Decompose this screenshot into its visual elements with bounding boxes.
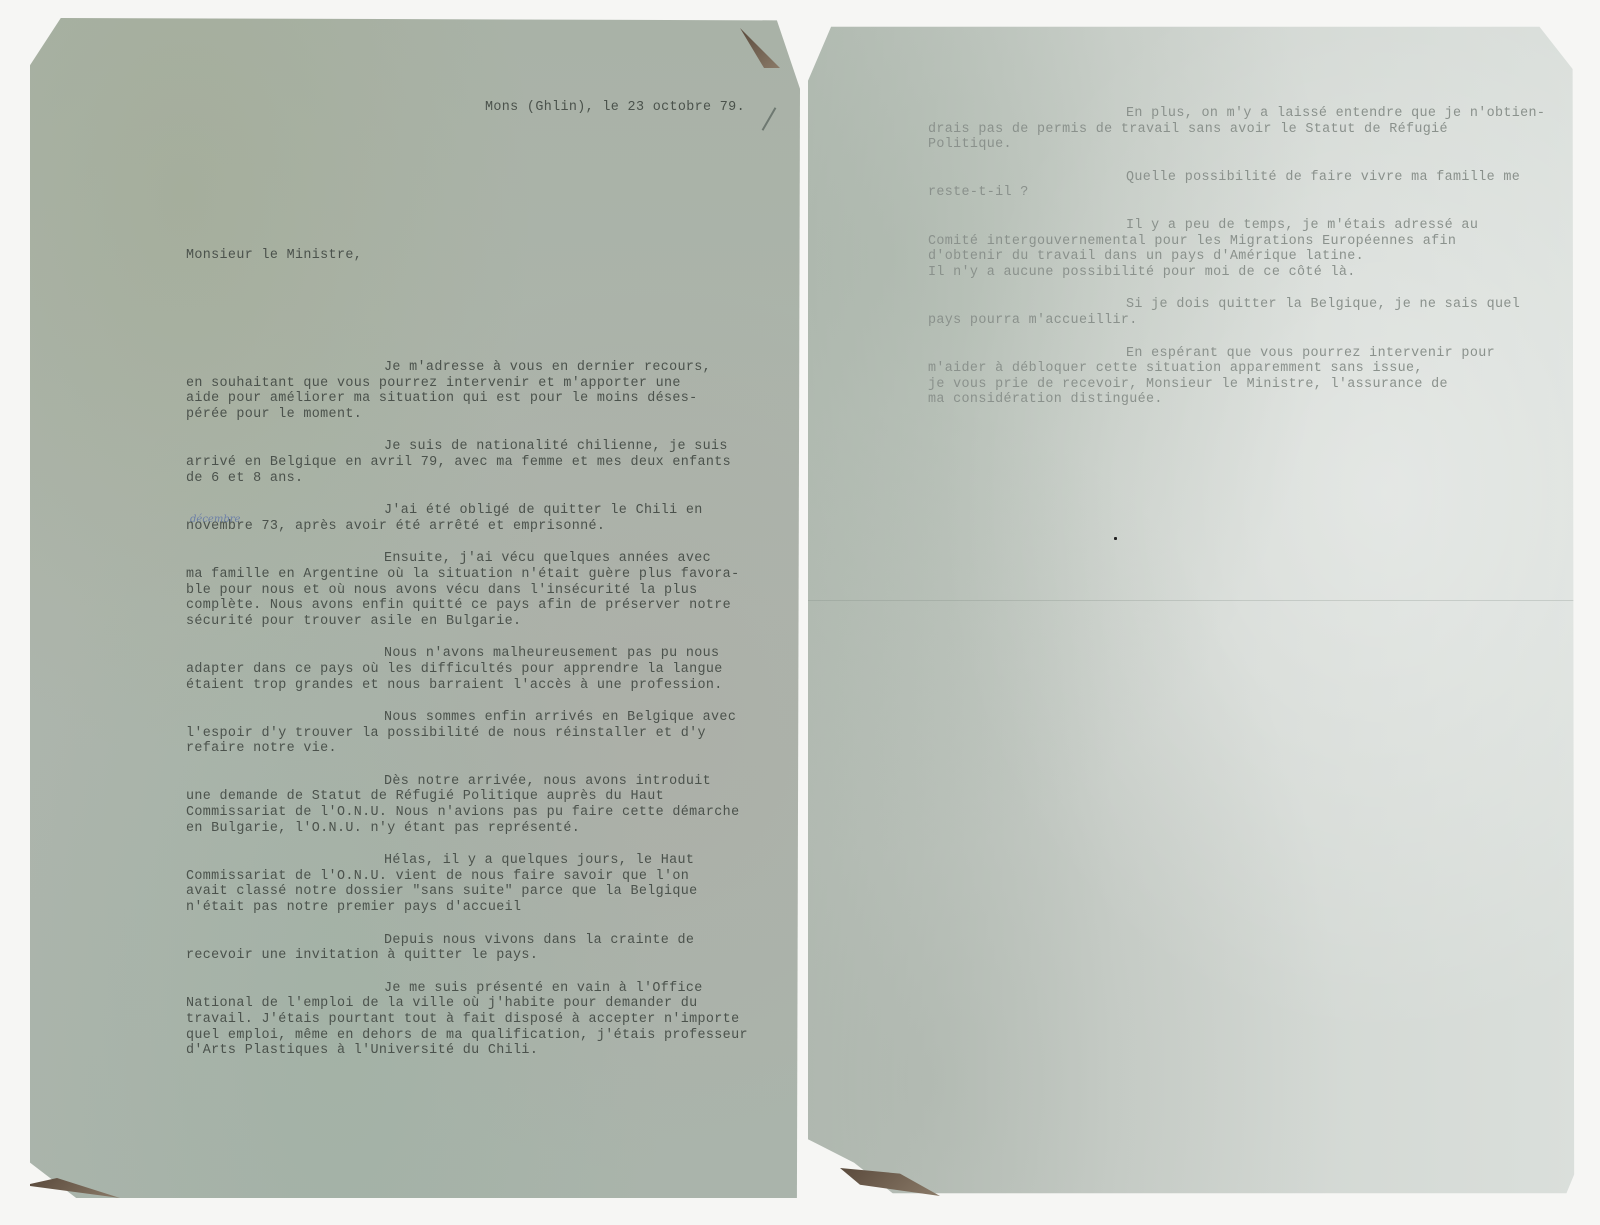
- text-line: drais pas de permis de travail sans avoi…: [928, 122, 1545, 138]
- p1-paragraph: Je m'adresse à vous en dernier recours,e…: [186, 360, 748, 422]
- text-line: Je suis de nationalité chilienne, je sui…: [186, 439, 748, 455]
- p2-paragraph: En plus, on m'y a laissé entendre que je…: [928, 106, 1545, 153]
- text-line: Nous n'avons malheureusement pas pu nous: [186, 646, 748, 662]
- text-line: Quelle possibilité de faire vivre ma fam…: [928, 170, 1545, 186]
- text-line: ma famille en Argentine où la situation …: [186, 567, 748, 583]
- p1-paragraph: Je suis de nationalité chilienne, je sui…: [186, 439, 748, 486]
- text-line: J'ai été obligé de quitter le Chili en: [186, 503, 748, 519]
- text-line: adapter dans ce pays où les difficultés …: [186, 662, 748, 678]
- text-line: Ensuite, j'ai vécu quelques années avec: [186, 551, 748, 567]
- text-line: En espérant que vous pourrez intervenir …: [928, 346, 1545, 362]
- p2-paragraph: En espérant que vous pourrez intervenir …: [928, 346, 1545, 408]
- text-line: avait classé notre dossier "sans suite" …: [186, 884, 748, 900]
- salutation: Monsieur le Ministre,: [186, 248, 362, 264]
- text-line: En plus, on m'y a laissé entendre que je…: [928, 106, 1545, 122]
- fold-line: [808, 600, 1578, 601]
- letter-page-2: En plus, on m'y a laissé entendre que je…: [808, 22, 1578, 1198]
- text-line: Nous sommes enfin arrivés en Belgique av…: [186, 710, 748, 726]
- p2-paragraph: Il y a peu de temps, je m'étais adressé …: [928, 218, 1545, 280]
- p1-paragraph: Hélas, il y a quelques jours, le HautCom…: [186, 853, 748, 915]
- text-line: une demande de Statut de Réfugié Politiq…: [186, 789, 748, 805]
- text-line: quel emploi, même en dehors de ma qualif…: [186, 1028, 748, 1044]
- text-line: Je m'adresse à vous en dernier recours,: [186, 360, 748, 376]
- p1-paragraph: Je me suis présenté en vain à l'OfficeNa…: [186, 981, 748, 1059]
- text-line: sécurité pour trouver asile en Bulgarie.: [186, 614, 748, 630]
- text-line: refaire notre vie.: [186, 741, 748, 757]
- letter-body-page-1: Je m'adresse à vous en dernier recours,e…: [186, 360, 748, 1076]
- text-line: ma considération distinguée.: [928, 392, 1545, 408]
- text-line: arrivé en Belgique en avril 79, avec ma …: [186, 455, 748, 471]
- text-line: Il n'y a aucune possibilité pour moi de …: [928, 265, 1545, 281]
- date-line: Mons (Ghlin), le 23 octobre 79.: [485, 100, 745, 116]
- p2-paragraph: Si je dois quitter la Belgique, je ne sa…: [928, 297, 1545, 328]
- text-line: n'était pas notre premier pays d'accueil: [186, 900, 748, 916]
- text-line: complète. Nous avons enfin quitté ce pay…: [186, 598, 748, 614]
- text-line: Comité intergouvernemental pour les Migr…: [928, 234, 1545, 250]
- text-line: Je me suis présenté en vain à l'Office: [186, 981, 748, 997]
- p1-paragraph: J'ai été obligé de quitter le Chili enno…: [186, 503, 748, 534]
- text-line: travail. J'étais pourtant tout à fait di…: [186, 1012, 748, 1028]
- text-line: d'Arts Plastiques à l'Université du Chil…: [186, 1043, 748, 1059]
- text-line: en souhaitant que vous pourrez interveni…: [186, 376, 748, 392]
- ink-speck: [1114, 537, 1117, 540]
- p1-paragraph: Depuis nous vivons dans la crainte derec…: [186, 933, 748, 964]
- p1-paragraph: Dès notre arrivée, nous avons introduitu…: [186, 774, 748, 836]
- letter-body-page-2: En plus, on m'y a laissé entendre que je…: [928, 106, 1545, 425]
- text-line: aide pour améliorer ma situation qui est…: [186, 391, 748, 407]
- text-line: novembre 73, après avoir été arrêté et e…: [186, 519, 748, 535]
- text-line: Depuis nous vivons dans la crainte de: [186, 933, 748, 949]
- text-line: ble pour nous et où nous avons vécu dans…: [186, 583, 748, 599]
- letter-page-1: Mons (Ghlin), le 23 octobre 79. Monsieur…: [30, 18, 800, 1198]
- p1-paragraph: Nous sommes enfin arrivés en Belgique av…: [186, 710, 748, 757]
- text-line: reste-t-il ?: [928, 185, 1545, 201]
- text-line: je vous prie de recevoir, Monsieur le Mi…: [928, 377, 1545, 393]
- text-line: m'aider à débloquer cette situation appa…: [928, 361, 1545, 377]
- text-line: d'obtenir du travail dans un pays d'Amér…: [928, 249, 1545, 265]
- text-line: de 6 et 8 ans.: [186, 471, 748, 487]
- text-line: en Bulgarie, l'O.N.U. n'y étant pas repr…: [186, 821, 748, 837]
- text-line: l'espoir d'y trouver la possibilité de n…: [186, 726, 748, 742]
- text-line: Si je dois quitter la Belgique, je ne sa…: [928, 297, 1545, 313]
- text-line: pérée pour le moment.: [186, 407, 748, 423]
- text-line: Commissariat de l'O.N.U. vient de nous f…: [186, 869, 748, 885]
- text-line: Dès notre arrivée, nous avons introduit: [186, 774, 748, 790]
- text-line: National de l'emploi de la ville où j'ha…: [186, 996, 748, 1012]
- p2-paragraph: Quelle possibilité de faire vivre ma fam…: [928, 170, 1545, 201]
- text-line: Il y a peu de temps, je m'étais adressé …: [928, 218, 1545, 234]
- text-line: pays pourra m'accueillir.: [928, 313, 1545, 329]
- p1-paragraph: Nous n'avons malheureusement pas pu nous…: [186, 646, 748, 693]
- pen-mark: [762, 107, 777, 131]
- p1-paragraph: Ensuite, j'ai vécu quelques années avecm…: [186, 551, 748, 629]
- text-line: Politique.: [928, 137, 1545, 153]
- text-line: étaient trop grandes et nous barraient l…: [186, 678, 748, 694]
- text-line: Commissariat de l'O.N.U. Nous n'avions p…: [186, 805, 748, 821]
- text-line: Hélas, il y a quelques jours, le Haut: [186, 853, 748, 869]
- text-line: recevoir une invitation à quitter le pay…: [186, 948, 748, 964]
